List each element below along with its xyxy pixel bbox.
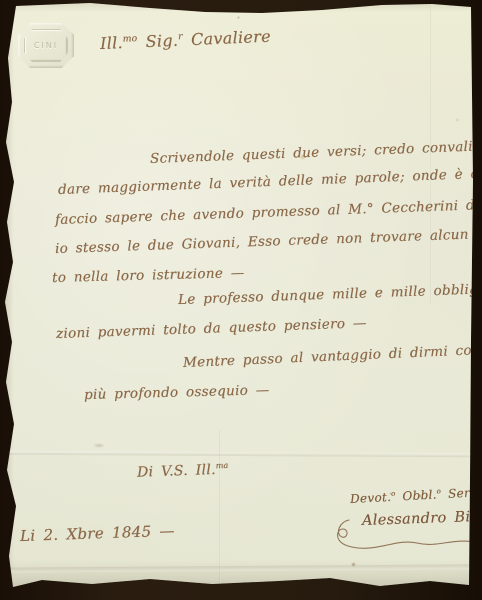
foxing-stain — [237, 16, 240, 19]
embossed-seal-border: CINI — [24, 29, 68, 62]
body-line: Le professo dunque mille e mille obbliga… — [178, 281, 482, 308]
letter-paper: CINI Ill.mo Sig.r Cavaliere Scrivendole … — [0, 0, 482, 600]
foxing-stain — [93, 443, 105, 448]
body-line: Mentre passo al vantaggio di dirmi con i… — [183, 341, 482, 371]
body-line: to nella loro istruzione — — [52, 265, 245, 286]
signature-flourish — [333, 512, 478, 554]
closing-courtesy-line: Devot.o Obbl.o Servit.e — [350, 484, 482, 506]
salutation: Ill.mo Sig.r Cavaliere — [100, 27, 272, 53]
valediction: Di V.S. Ill.ma — [137, 460, 229, 481]
body-line: Scrivendole questi due versi; credo conv… — [150, 138, 478, 167]
foxing-stain — [455, 118, 460, 122]
letter-photograph: CINI Ill.mo Sig.r Cavaliere Scrivendole … — [0, 0, 482, 600]
body-line: faccio sapere che avendo promesso al M.°… — [55, 195, 482, 228]
embossed-paper-seal: CINI — [18, 23, 74, 68]
date-line: Li 2. Xbre 1845 — — [20, 522, 175, 545]
body-line: io stesso le due Giovani, Esso crede non… — [55, 225, 482, 257]
horizontal-fold-crease — [0, 451, 482, 458]
body-line: dare maggiormente la verità delle mie pa… — [58, 164, 482, 198]
embossed-seal-text: CINI — [34, 41, 58, 50]
body-line: zioni pavermi tolto da questo pensiero — — [56, 315, 367, 342]
body-line: più profondo ossequio — — [84, 382, 270, 403]
bottom-fold-crease — [0, 564, 482, 572]
vertical-fold-crease-center — [219, 430, 221, 590]
